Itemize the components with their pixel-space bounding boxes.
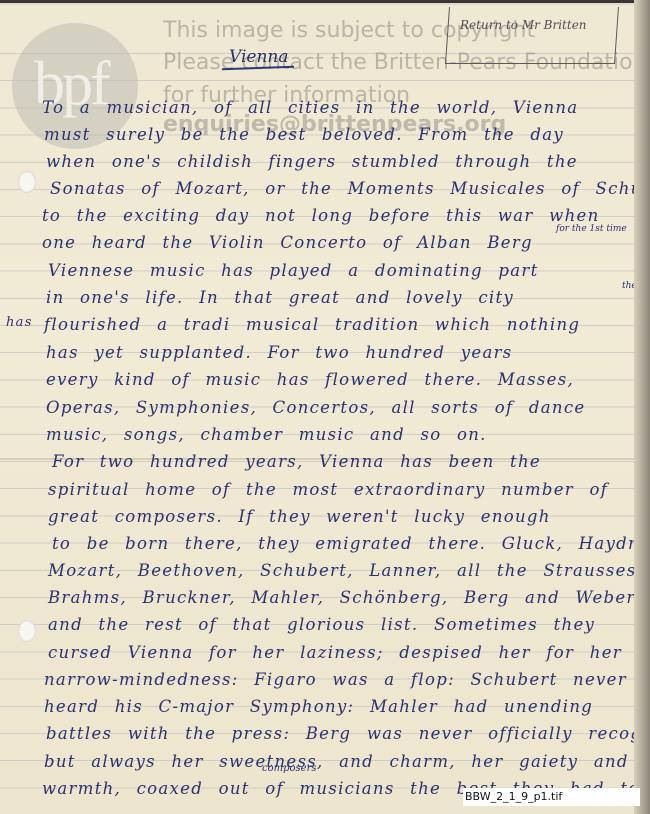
insertion-berg: for the 1st time bbox=[556, 224, 627, 234]
text-line: every kind of music has flowered there. … bbox=[46, 370, 574, 389]
text-line: when one's childish fingers stumbled thr… bbox=[46, 152, 578, 171]
text-line: in one's life. In that great and lovely … bbox=[46, 288, 514, 307]
text-line: For two hundred years, Vienna has been t… bbox=[52, 452, 541, 471]
text-line: cursed Vienna for her laziness; despised… bbox=[48, 643, 622, 662]
text-line: Mozart, Beethoven, Schubert, Lanner, all… bbox=[48, 561, 634, 580]
text-line: spiritual home of the most extraordinary… bbox=[48, 480, 608, 499]
punch-hole-bottom bbox=[18, 620, 36, 642]
corner-note-box bbox=[445, 7, 619, 64]
document-title: Vienna bbox=[229, 47, 289, 67]
punch-hole-top bbox=[18, 171, 36, 193]
margin-insert: has bbox=[6, 315, 33, 330]
text-line: heard his C-major Symphony: Mahler had u… bbox=[44, 697, 593, 716]
text-line: narrow-mindedness: Figaro was a flop: Sc… bbox=[44, 670, 627, 689]
text-line: but always her sweetness, and charm, her… bbox=[44, 752, 634, 771]
text-line: flourished a tradi musical tradition whi… bbox=[44, 315, 580, 334]
text-line: Brahms, Bruckner, Mahler, Schönberg, Ber… bbox=[48, 588, 634, 607]
text-line: Operas, Symphonies, Concertos, all sorts… bbox=[46, 398, 585, 417]
text-line: has yet supplanted. For two hundred year… bbox=[46, 343, 513, 362]
text-line: must surely be the best beloved. From th… bbox=[44, 125, 564, 144]
corner-note: Return to Mr Britten bbox=[460, 18, 587, 32]
insertion-composers: composers bbox=[262, 763, 317, 774]
text-line: great composers. If they weren't lucky e… bbox=[48, 507, 551, 526]
text-line: Sonatas of Mozart, or the Moments Musica… bbox=[50, 179, 634, 198]
text-line: Viennese music has played a dominating p… bbox=[48, 261, 539, 280]
manuscript-page: bpf This image is subject to copyright P… bbox=[0, 3, 634, 814]
text-line: to the exciting day not long before this… bbox=[42, 206, 600, 225]
text-line: one heard the Violin Concerto of Alban B… bbox=[42, 233, 533, 252]
text-line: music, songs, chamber music and so on. bbox=[46, 425, 487, 444]
text-line: To a musician, of all cities in the worl… bbox=[42, 98, 578, 117]
insertion-there: there bbox=[622, 281, 634, 291]
file-name-label: BBW_2_1_9_p1.tif bbox=[463, 788, 640, 806]
text-line: battles with the press: Berg was never o… bbox=[46, 724, 634, 743]
page-edge bbox=[634, 0, 650, 814]
text-line: and the rest of that glorious list. Some… bbox=[48, 615, 595, 634]
text-line: to be born there, they emigrated there. … bbox=[52, 534, 634, 553]
